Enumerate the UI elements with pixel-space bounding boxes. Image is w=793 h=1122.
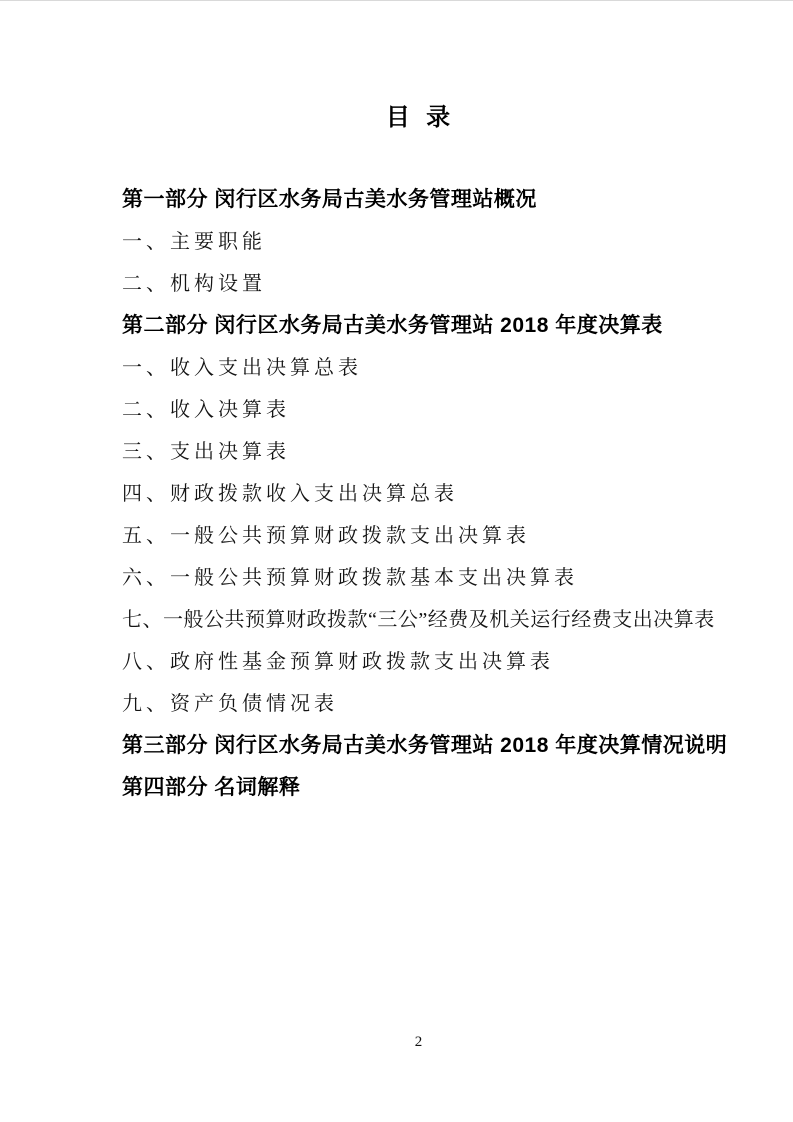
toc-entry-item: 八、政府性基金预算财政拨款支出决算表 [122, 641, 715, 683]
toc-entry-part-4: 第四部分 名词解释 [122, 767, 715, 809]
toc-entry-part-2: 第二部分 闵行区水务局古美水务管理站 2018 年度决算表 [122, 305, 715, 347]
toc-entry-item: 三、支出决算表 [122, 431, 715, 473]
toc-entry-item: 九、资产负债情况表 [122, 683, 715, 725]
toc-entry-item: 四、财政拨款收入支出决算总表 [122, 473, 715, 515]
toc-entry-item: 七、一般公共预算财政拨款“三公”经费及机关运行经费支出决算表 [122, 599, 715, 641]
toc-entry-item: 六、一般公共预算财政拨款基本支出决算表 [122, 557, 715, 599]
toc-entry-part-3: 第三部分 闵行区水务局古美水务管理站 2018 年度决算情况说明 [122, 725, 715, 767]
toc-list: 第一部分 闵行区水务局古美水务管理站概况 一、主要职能 二、机构设置 第二部分 … [122, 179, 715, 809]
document-page: 目 录 第一部分 闵行区水务局古美水务管理站概况 一、主要职能 二、机构设置 第… [0, 0, 793, 1122]
toc-entry-item: 五、一般公共预算财政拨款支出决算表 [122, 515, 715, 557]
toc-entry-item: 一、主要职能 [122, 221, 715, 263]
toc-entry-part-1: 第一部分 闵行区水务局古美水务管理站概况 [122, 179, 715, 221]
toc-entry-item: 二、机构设置 [122, 263, 715, 305]
toc-title: 目 录 [122, 104, 715, 131]
text-column: 目 录 第一部分 闵行区水务局古美水务管理站概况 一、主要职能 二、机构设置 第… [122, 104, 715, 809]
toc-entry-item: 二、收入决算表 [122, 389, 715, 431]
page-number: 2 [122, 1034, 715, 1051]
toc-entry-item: 一、收入支出决算总表 [122, 347, 715, 389]
